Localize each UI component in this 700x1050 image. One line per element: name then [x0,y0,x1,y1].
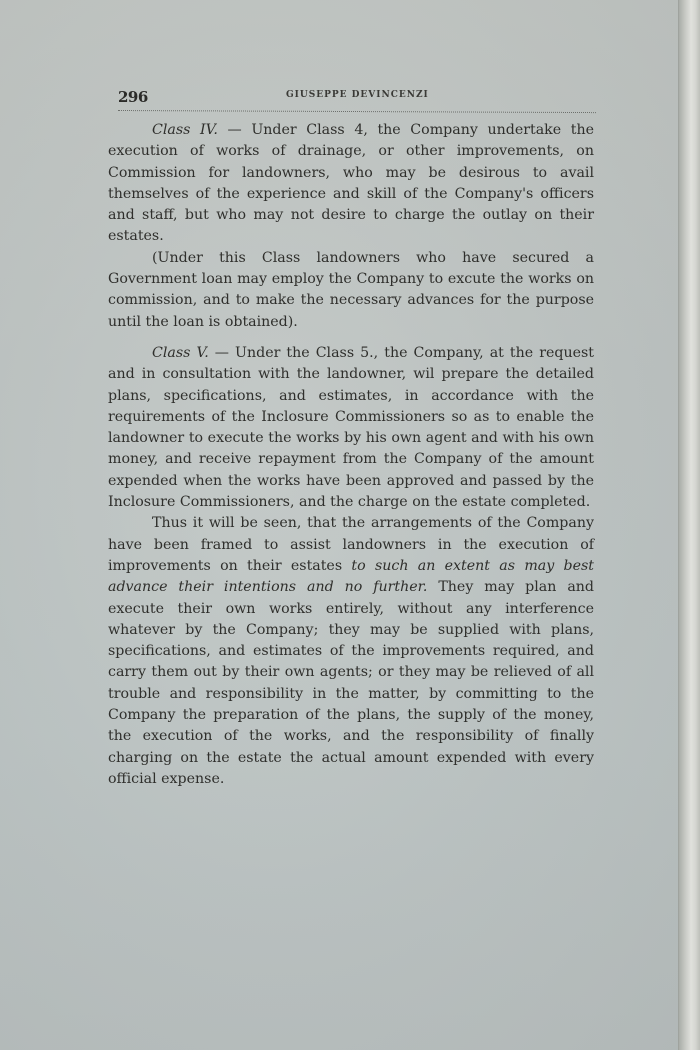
page-edge [678,0,700,1050]
running-head: 296 GIUSEPPE DEVINCENZI [118,88,594,108]
page-number: 296 [118,88,148,106]
class-v-heading: Class V. [152,345,209,361]
class-iv-heading: Class IV. [152,122,218,138]
government-loan-text: (Under this Class landowners who have se… [108,250,594,330]
paragraph-class-iv: Class IV. — Under Class 4, the Company u… [108,120,594,248]
paragraph-summary: Thus it will be seen, that the arrangeme… [108,513,594,790]
paragraph-government-loan-note: (Under this Class landowners who have se… [108,248,594,333]
body-text: Class IV. — Under Class 4, the Company u… [108,120,594,790]
paragraph-class-v: Class V. — Under the Class 5., the Compa… [108,343,594,513]
running-title: GIUSEPPE DEVINCENZI [286,90,429,100]
summary-text-after: They may plan and execute their own work… [108,579,594,787]
class-iv-text: — Under Class 4, the Company undertake t… [108,122,594,244]
class-v-text: — Under the Class 5., the Company, at th… [108,345,594,510]
